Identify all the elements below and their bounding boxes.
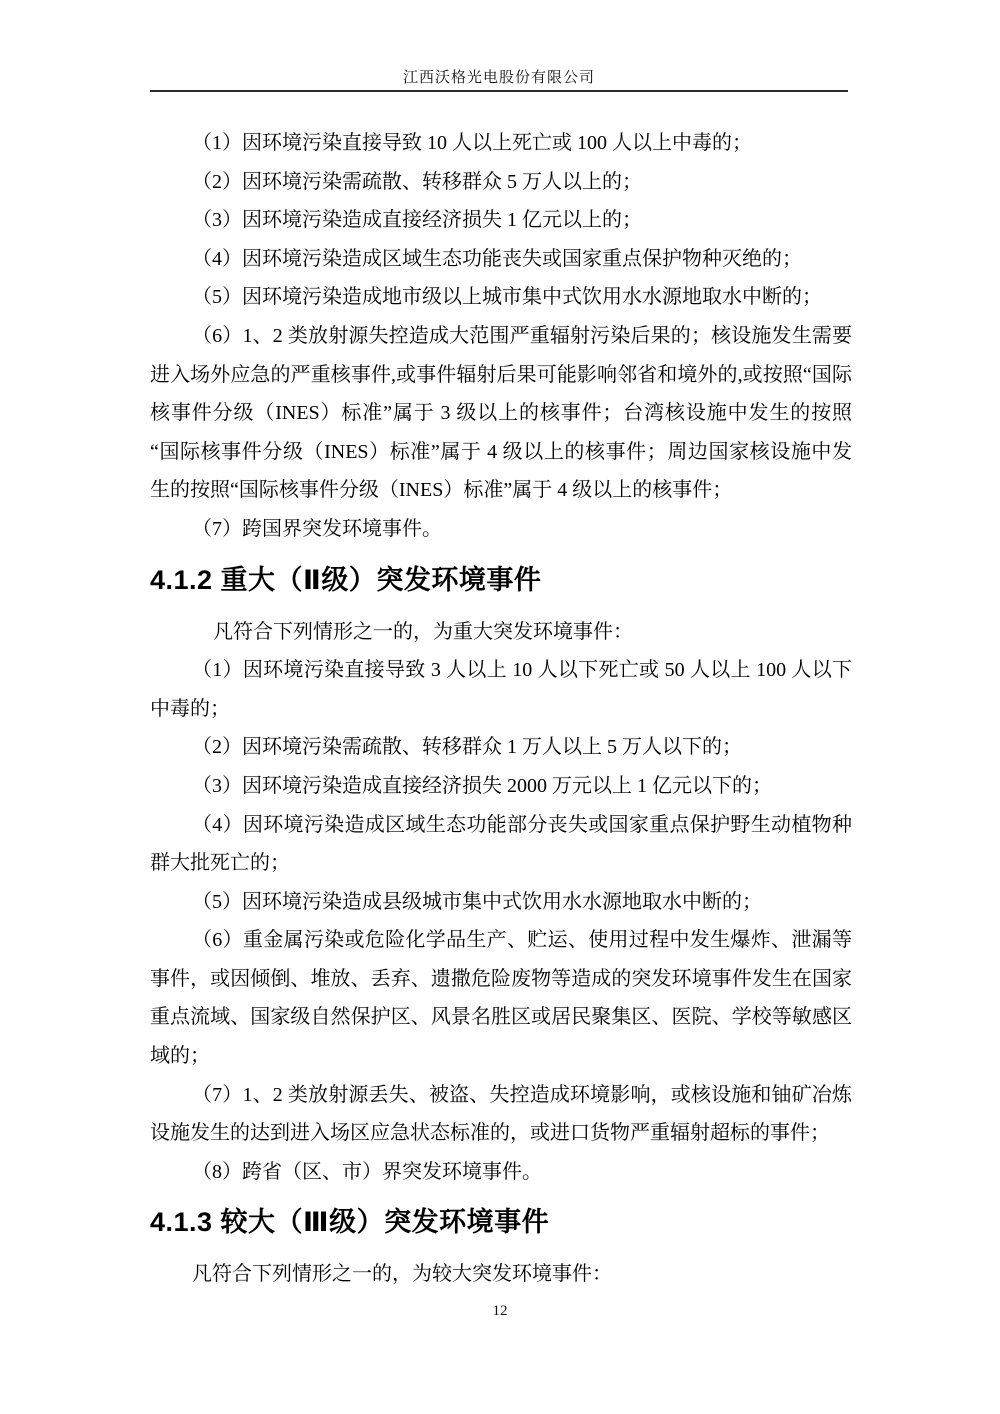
page-header-title: 江西沃格光电股份有限公司 (150, 66, 848, 92)
page-number: 12 (0, 1303, 1000, 1320)
list-item-411-1: （1）因环境污染直接导致 10 人以上死亡或 100 人以上中毒的； (150, 124, 852, 163)
list-item-411-5: （5）因环境污染造成地市级以上城市集中式饮用水水源地取水中断的； (150, 278, 852, 317)
list-item-411-6: （6）1、2 类放射源失控造成大范围严重辐射污染后果的；核设施发生需要进入场外应… (150, 317, 852, 510)
list-item-411-3: （3）因环境污染造成直接经济损失 1 亿元以上的； (150, 201, 852, 240)
list-item-412-5: （5）因环境污染造成县级城市集中式饮用水水源地取水中断的； (150, 883, 852, 922)
list-item-412-8: （8）跨省（区、市）界突发环境事件。 (150, 1153, 852, 1192)
list-item-412-4: （4）因环境污染造成区域生态功能部分丧失或国家重点保护野生动植物种群大批死亡的； (150, 806, 852, 883)
document-page: 江西沃格光电股份有限公司 （1）因环境污染直接导致 10 人以上死亡或 100 … (0, 0, 1000, 1414)
list-item-412-2: （2）因环境污染需疏散、转移群众 1 万人以上 5 万人以下的； (150, 728, 852, 767)
list-item-411-2: （2）因环境污染需疏散、转移群众 5 万人以上的； (150, 163, 852, 202)
list-item-411-7: （7）跨国界突发环境事件。 (150, 510, 852, 549)
list-item-411-4: （4）因环境污染造成区域生态功能丧失或国家重点保护物种灭绝的； (150, 240, 852, 279)
section-intro-413: 凡符合下列情形之一的，为较大突发环境事件： (150, 1255, 852, 1294)
section-heading-412: 4.1.2 重大（Ⅱ级）突发环境事件 (150, 559, 852, 601)
list-item-412-6: （6）重金属污染或危险化学品生产、贮运、使用过程中发生爆炸、泄漏等事件，或因倾倒… (150, 921, 852, 1075)
document-body: （1）因环境污染直接导致 10 人以上死亡或 100 人以上中毒的； （2）因环… (150, 124, 852, 1294)
section-intro-412: 凡符合下列情形之一的，为重大突发环境事件： (150, 613, 852, 652)
list-item-412-7: （7）1、2 类放射源丢失、被盗、失控造成环境影响，或核设施和铀矿冶炼设施发生的… (150, 1076, 852, 1153)
list-item-412-3: （3）因环境污染造成直接经济损失 2000 万元以上 1 亿元以下的； (150, 767, 852, 806)
section-heading-413: 4.1.3 较大（Ⅲ级）突发环境事件 (150, 1201, 852, 1243)
list-item-412-1: （1）因环境污染直接导致 3 人以上 10 人以下死亡或 50 人以上 100 … (150, 651, 852, 728)
